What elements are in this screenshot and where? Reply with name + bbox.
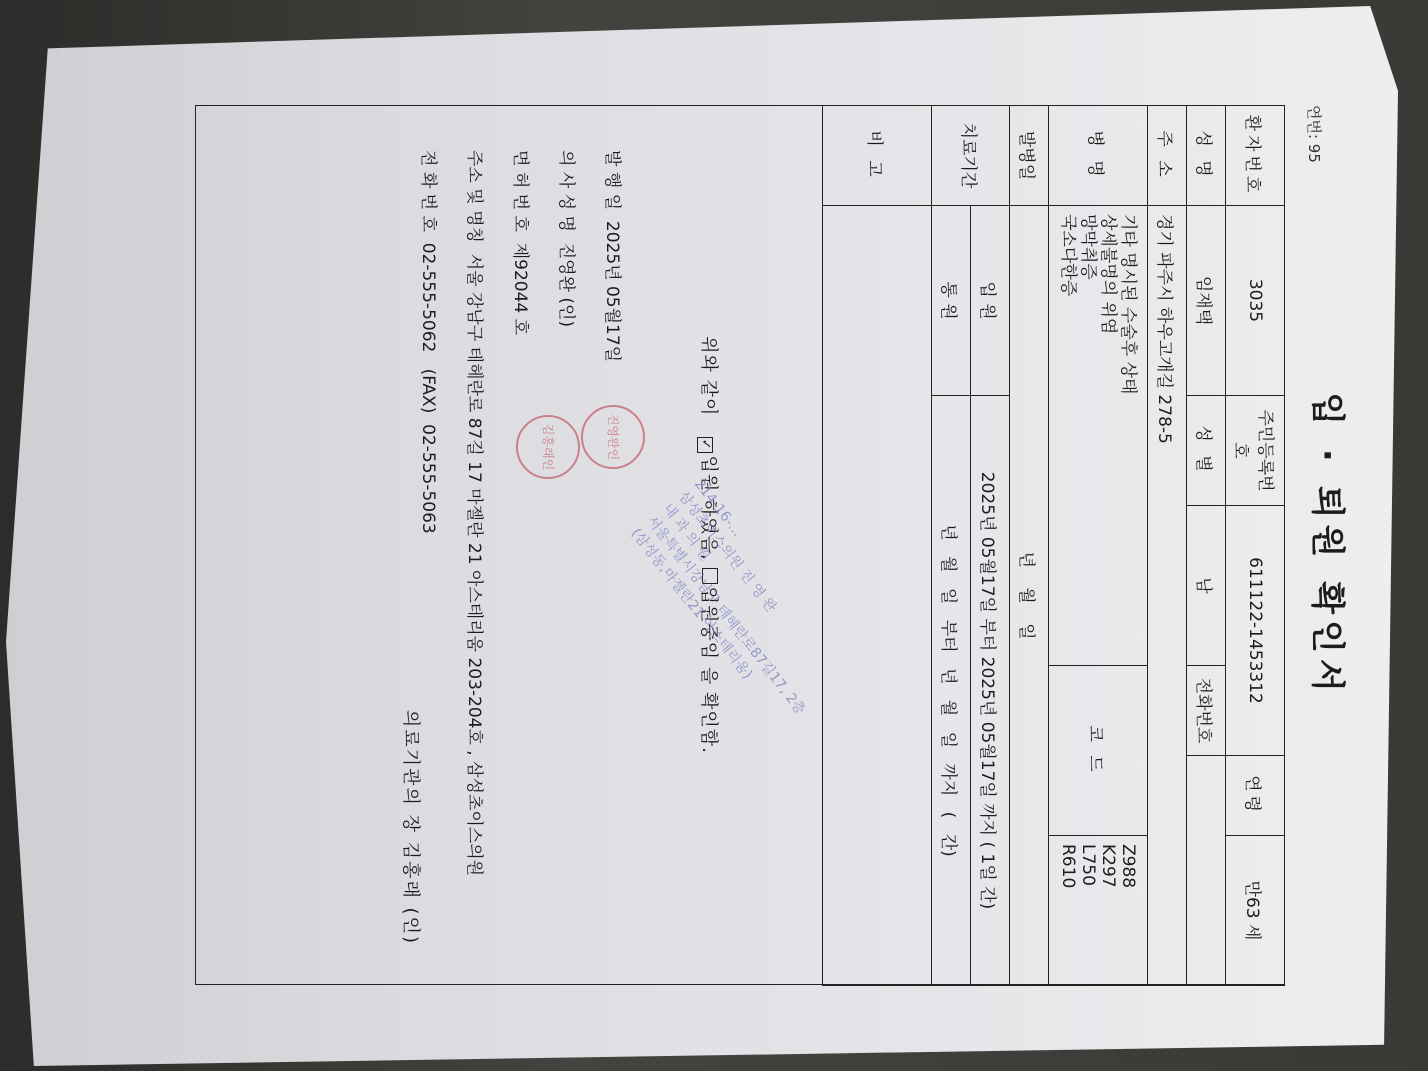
diagnosis-label: 병 명 xyxy=(1049,106,1148,206)
doctor-seal: 진영완인 xyxy=(581,405,645,469)
inpatient-label: 입 원 xyxy=(971,206,1010,396)
license-number: 제92044 호 xyxy=(510,243,530,335)
doctor-label: 의 사 성 명 xyxy=(556,150,576,232)
issue-date: 2025년 05월17일 xyxy=(602,221,622,362)
age-label: 연령 xyxy=(1226,756,1285,836)
resident-no: 611122-1453312 xyxy=(1226,506,1285,756)
age: 만63 세 xyxy=(1226,836,1285,986)
patient-name: 임재택 xyxy=(1187,206,1226,396)
diagnosis-list: 기타 명시된 수술후 상태 상세불명의 위염 망막취증 국소다한증 xyxy=(1049,206,1148,666)
license-row: 면 허 번 호 제92044 호 xyxy=(497,150,543,876)
inpatient-period: 2025년 05월17일 부터 2025년 05월17일 까지 ( 1일 간) xyxy=(971,396,1010,986)
treatment-period-label: 치료기간 xyxy=(932,106,1010,206)
patient-no: 3035 xyxy=(1226,206,1285,396)
outpatient-period: 년 월 일 부터 년 월 일 까지 ( 간) xyxy=(932,396,971,986)
remarks-value xyxy=(823,206,932,986)
code-label: 코 드 xyxy=(1049,666,1148,836)
clinic-phone: 02-555-5062 xyxy=(418,243,438,353)
code-item: L750 xyxy=(1078,844,1098,977)
confirmation-prefix: 위와 같이 xyxy=(698,336,719,416)
patient-phone xyxy=(1187,756,1226,986)
name-label: 성 명 xyxy=(1187,106,1226,206)
doctor-row: 의 사 성 명 진영완 (인) xyxy=(543,150,589,876)
clinic-address-label: 주소 및 명칭 xyxy=(464,150,484,243)
code-item: Z988 xyxy=(1118,844,1138,977)
clinic-address: 서울 강남구 테헤란로 87길 17 마젤란 21 아스테리움 203-204호… xyxy=(464,254,484,876)
head-seal: 김홍래인 xyxy=(516,415,580,479)
diagnosis-item: 국소다한증 xyxy=(1058,214,1078,657)
phone-label: 전화번호 xyxy=(1187,666,1226,756)
patient-no-label: 환자번호 xyxy=(1226,106,1285,206)
code-item: K297 xyxy=(1098,844,1118,977)
diagnosis-item: 기타 명시된 수술후 상태 xyxy=(1118,214,1138,657)
diagnosis-item: 망막취증 xyxy=(1078,214,1098,657)
clinic-phone-label: 전 화 번 호 xyxy=(418,150,438,232)
patient-info-table: 환자번호 3035 주민등록번호 611122-1453312 연령 만63 세… xyxy=(822,105,1285,986)
document-title: 입 · 퇴원 확인서 xyxy=(1306,105,1355,985)
issue-date-row: 발 행 일 2025년 05월17일 xyxy=(589,150,635,876)
institution-head-signature: 의료기관의 장 김홍래 (인) xyxy=(399,710,425,945)
onset-date: 년 월 일 xyxy=(1010,206,1049,986)
patient-address: 경기 파주시 하우고개길 278-5 xyxy=(1148,206,1187,986)
outpatient-label: 통 원 xyxy=(932,206,971,396)
diagnosis-item: 상세불명의 위염 xyxy=(1098,214,1118,657)
sex: 남 xyxy=(1187,506,1226,666)
resident-no-label: 주민등록번호 xyxy=(1226,396,1285,506)
remarks-label: 비 고 xyxy=(823,106,932,206)
admission-discharge-certificate: 연번: 95 입 · 퇴원 확인서 환자번호 3035 주민등록번호 61112… xyxy=(195,105,1285,985)
onset-label: 발병일 xyxy=(1010,106,1049,206)
issuer-info: 발 행 일 2025년 05월17일 의 사 성 명 진영완 (인) 면 허 번… xyxy=(405,150,635,876)
clinic-fax: 02-555-5063 xyxy=(418,424,438,534)
sex-label: 성 별 xyxy=(1187,396,1226,506)
license-label: 면 허 번 호 xyxy=(510,150,530,232)
admitted-checkbox[interactable]: ✓ xyxy=(697,437,713,453)
code-item: R610 xyxy=(1058,844,1078,977)
doctor-name: 진영완 (인) xyxy=(556,243,576,327)
issue-date-label: 발 행 일 xyxy=(602,150,622,210)
fax-label: (FAX) xyxy=(418,369,438,414)
address-label: 주 소 xyxy=(1148,106,1187,206)
clinic-address-row: 주소 및 명칭 서울 강남구 테헤란로 87길 17 마젤란 21 아스테리움 … xyxy=(451,150,497,876)
diagnosis-codes: Z988 K297 L750 R610 xyxy=(1049,836,1148,986)
